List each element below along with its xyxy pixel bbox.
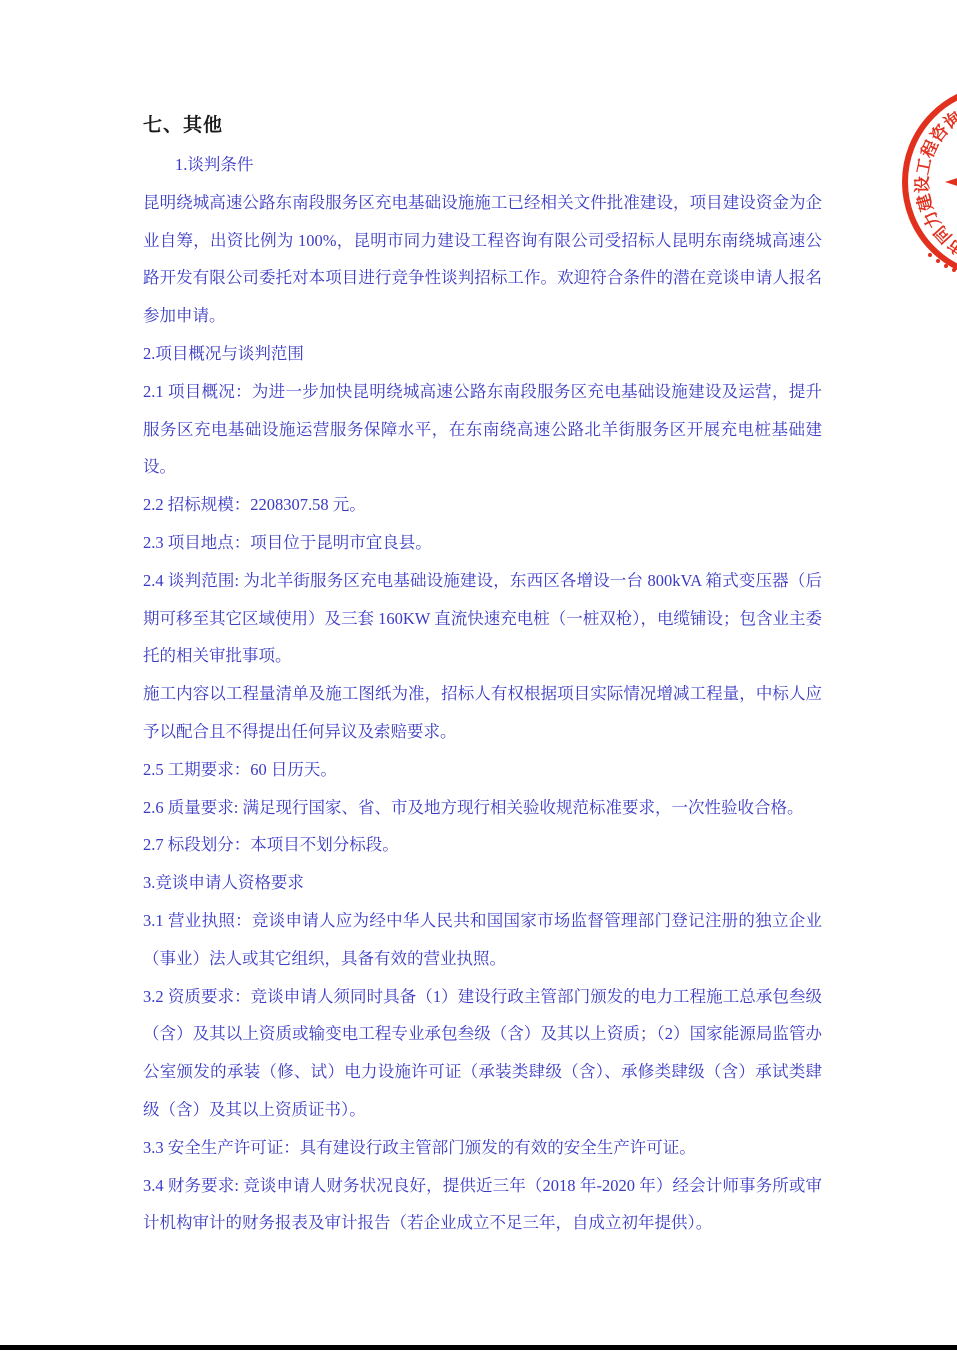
paragraph-3-3-safety-license: 3.3 安全生产许可证：具有建设行政主管部门颁发的有效的安全生产许可证。 <box>143 1129 822 1167</box>
page-bottom-border <box>0 1345 957 1350</box>
paragraph-2-6-quality: 2.6 质量要求: 满足现行国家、省、市及地方现行相关验收规范标准要求，一次性验… <box>143 789 822 827</box>
paragraph-2-2-tender-scale: 2.2 招标规模：2208307.58 元。 <box>143 486 822 524</box>
paragraph-2-3-project-location: 2.3 项目地点：项目位于昆明市宜良县。 <box>143 524 822 562</box>
subsection-heading-negotiation-conditions: 1.谈判条件 <box>143 146 822 184</box>
document-page: 昆明市同力建设工程咨询有限公司 七、其他 1.谈判条件 昆明绕城高速公路东南段服… <box>0 0 957 1354</box>
document-content: 七、其他 1.谈判条件 昆明绕城高速公路东南段服务区充电基础设施施工已经相关文件… <box>143 112 822 1242</box>
heading-project-overview: 2.项目概况与谈判范围 <box>143 335 822 373</box>
paragraph-2-5-duration: 2.5 工期要求：60 日历天。 <box>143 751 822 789</box>
paragraph-3-1-business-license: 3.1 营业执照：竞谈申请人应为经中华人民共和国国家市场监督管理部门登记注册的独… <box>143 902 822 978</box>
seal-graphic: 昆明市同力建设工程咨询有限公司 <box>880 70 957 300</box>
heading-applicant-qualifications: 3.竞谈申请人资格要求 <box>143 864 822 902</box>
paragraph-3-4-financial-requirements: 3.4 财务要求: 竞谈申请人财务状况良好，提供近三年（2018 年-2020 … <box>143 1167 822 1243</box>
seal-star-icon <box>945 130 957 235</box>
red-seal-stamp: 昆明市同力建设工程咨询有限公司 <box>880 70 957 300</box>
paragraph-2-1-project-overview: 2.1 项目概况：为进一步加快昆明绕城高速公路东南段服务区充电基础设施建设及运营… <box>143 373 822 486</box>
paragraph-intro: 昆明绕城高速公路东南段服务区充电基础设施施工已经相关文件批准建设，项目建设资金为… <box>143 184 822 335</box>
paragraph-2-4-negotiation-scope: 2.4 谈判范围: 为北羊街服务区充电基础设施建设，东西区各增设一台 800kV… <box>143 562 822 675</box>
document-body: 1.谈判条件 昆明绕城高速公路东南段服务区充电基础设施施工已经相关文件批准建设，… <box>143 146 822 1242</box>
paragraph-3-2-qualification-requirements: 3.2 资质要求：竞谈申请人须同时具备（1）建设行政主管部门颁发的电力工程施工总… <box>143 978 822 1129</box>
section-heading: 七、其他 <box>143 112 822 140</box>
paragraph-construction-content: 施工内容以工程量清单及施工图纸为准，招标人有权根据项目实际情况增减工程量，中标人… <box>143 675 822 751</box>
paragraph-2-7-sections: 2.7 标段划分：本项目不划分标段。 <box>143 826 822 864</box>
seal-ring-text: 昆明市同力建设工程咨询有限公司 <box>880 70 957 269</box>
